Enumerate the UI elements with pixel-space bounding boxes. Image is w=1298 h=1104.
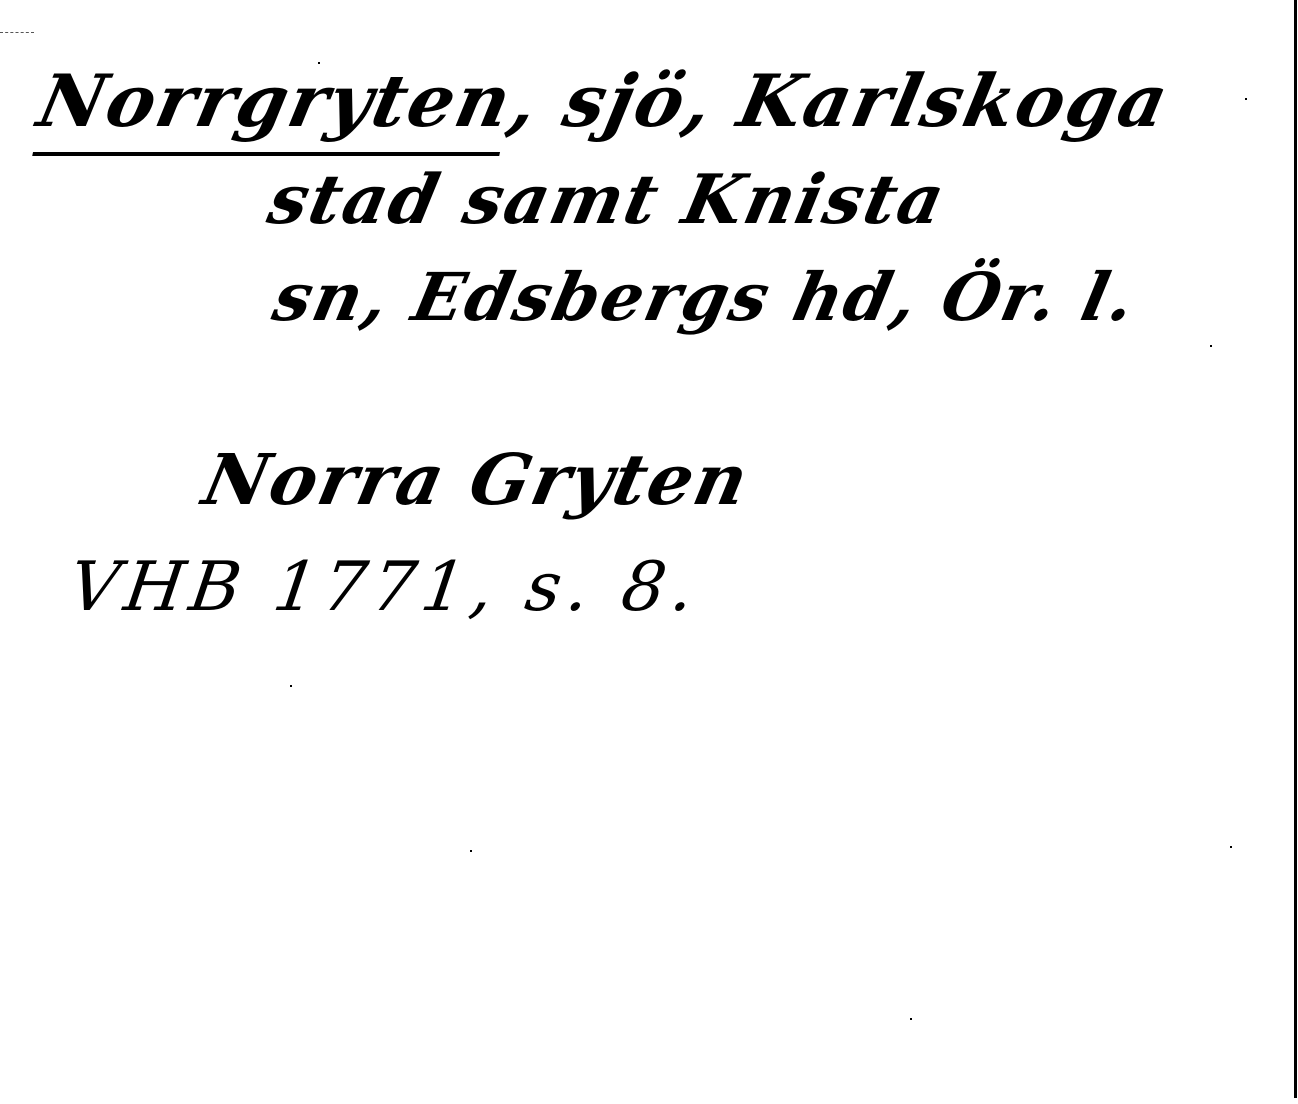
entry-line-1: Norrgryten , sjö, Karlskoga (31, 58, 1177, 143)
scan-speck (1230, 846, 1232, 848)
entry-line-3: sn, Edsbergs hd, Ör. l. (267, 258, 1144, 336)
headword-text: Norrgryten (31, 58, 520, 143)
headword-underline (32, 152, 500, 156)
scan-speck (1245, 98, 1247, 100)
scan-speck (910, 1018, 912, 1020)
scan-speck (290, 685, 292, 687)
source-reference: VHB 1771, s. 8. (64, 548, 704, 627)
scan-speck (470, 850, 472, 852)
scan-artifact-dash (0, 32, 34, 33)
headword: Norrgryten (31, 58, 520, 143)
index-card: Norrgryten , sjö, Karlskoga stad samt Kn… (0, 0, 1298, 1104)
variant-form: Norra Gryten (196, 438, 757, 521)
entry-line-1-rest: , sjö, Karlskoga (502, 58, 1177, 143)
entry-line-2: stad samt Knista (261, 160, 952, 240)
scan-speck (1210, 345, 1212, 347)
card-right-edge (1294, 0, 1297, 1098)
scan-speck (318, 62, 320, 64)
